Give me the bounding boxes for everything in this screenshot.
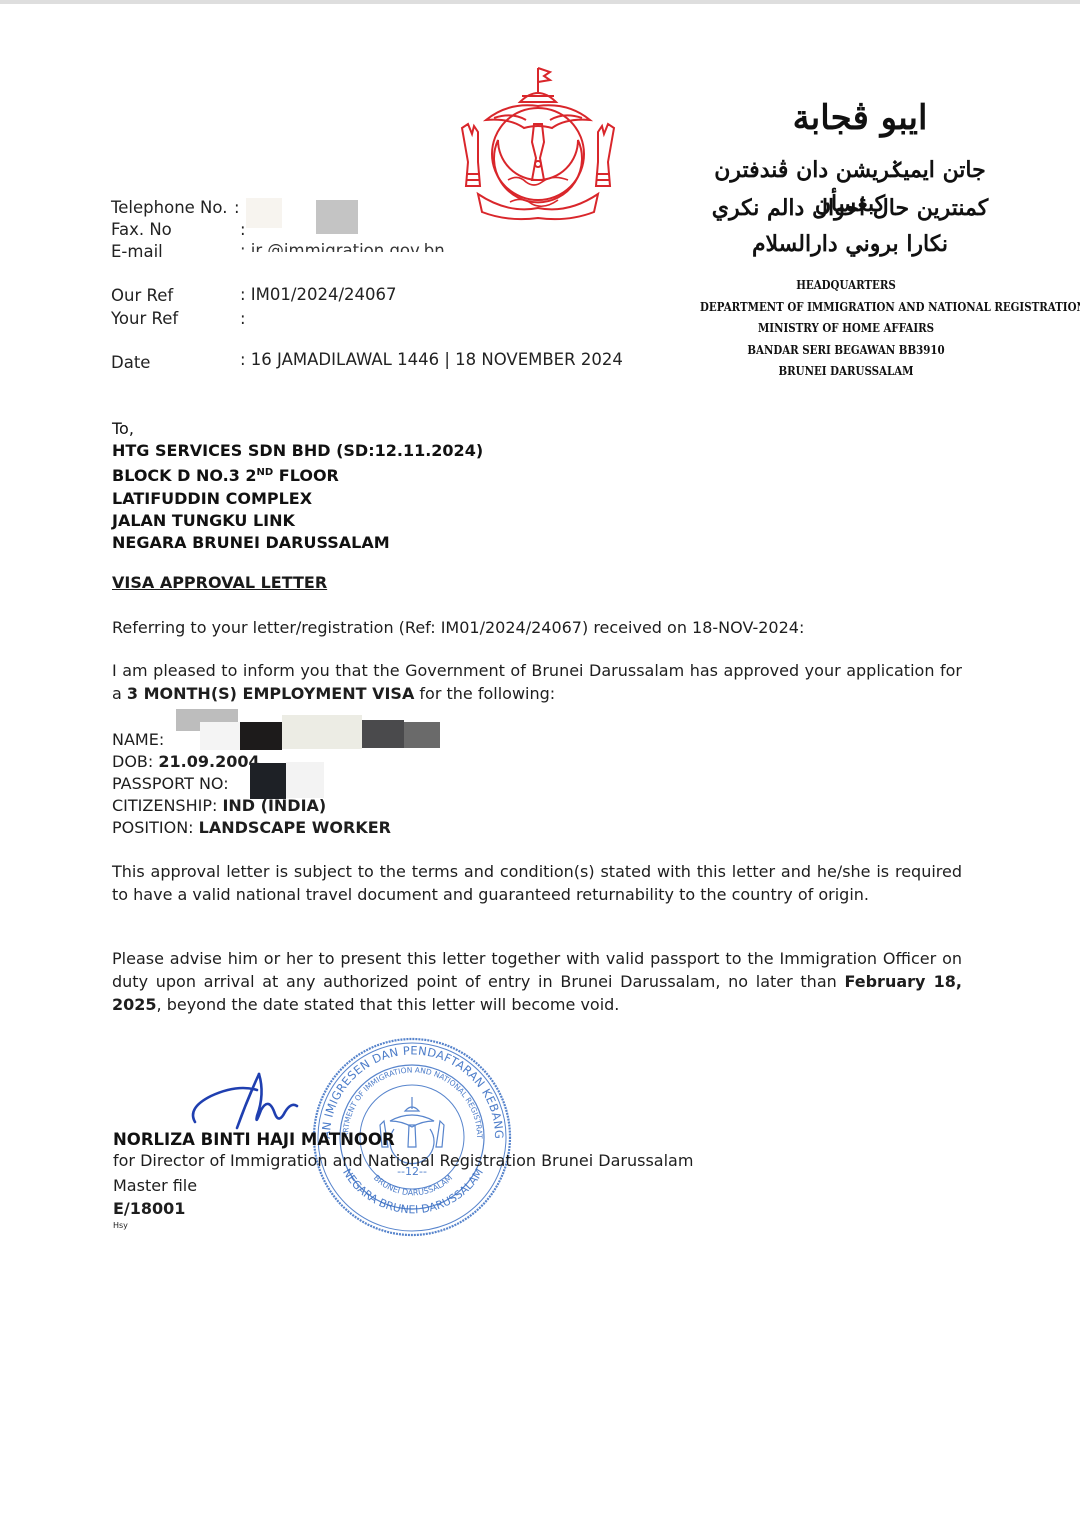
terms-paragraph: This approval letter is subject to the t… <box>112 860 962 906</box>
letter-title: VISA APPROVAL LETTER <box>112 573 327 592</box>
email-value: : ir @immigration.gov.bn <box>240 240 445 252</box>
advise-paragraph: Please advise him or her to present this… <box>112 947 962 1016</box>
signature-icon <box>185 1070 315 1130</box>
salutation: To, <box>112 418 483 440</box>
header-line: DEPARTMENT OF IMMIGRATION AND NATIONAL R… <box>700 296 992 318</box>
redaction-block <box>282 715 362 749</box>
redaction-block <box>200 722 240 750</box>
date-label: Date <box>111 353 150 372</box>
header-line: MINISTRY OF HOME AFFAIRS <box>700 317 992 339</box>
signatory-title: for Director of Immigration and National… <box>113 1151 693 1170</box>
our-ref-label: Our Ref <box>111 286 173 305</box>
recipient-address-line: JALAN TUNGKU LINK <box>112 510 483 532</box>
redaction-block <box>246 198 282 228</box>
fax-value: : <box>240 220 246 239</box>
redaction-block <box>286 762 324 798</box>
typist-initials: Hsy <box>113 1221 128 1230</box>
redaction-block <box>240 722 282 750</box>
recipient-address-line: NEGARA BRUNEI DARUSSALAM <box>112 532 483 554</box>
file-reference: E/18001 <box>113 1199 185 1218</box>
position-row: POSITION: LANDSCAPE WORKER <box>112 817 391 839</box>
arabic-line-2: كمنترين حال احوال دالم نكري <box>680 191 1020 225</box>
top-edge <box>0 0 1080 4</box>
redaction-block <box>404 722 440 748</box>
signatory-name: NORLIZA BINTI HAJI MATNOOR <box>113 1130 395 1149</box>
referring-paragraph: Referring to your letter/registration (R… <box>112 616 962 639</box>
arabic-title: ايبو ڤجابة <box>700 96 1020 140</box>
redaction-block <box>362 720 404 748</box>
recipient-company: HTG SERVICES SDN BHD (SD:12.11.2024) <box>112 440 483 462</box>
email-label: E-mail <box>111 242 163 261</box>
date-value: : 16 JAMADILAWAL 1446 | 18 NOVEMBER 2024 <box>240 350 623 369</box>
arabic-line-3: نكارا بروني دارالسلام <box>680 227 1020 261</box>
department-header: HEADQUARTERS DEPARTMENT OF IMMIGRATION A… <box>700 274 992 382</box>
recipient-address-line: BLOCK D NO.3 2ND FLOOR <box>112 462 483 487</box>
header-line: HEADQUARTERS <box>700 274 992 296</box>
redaction-block <box>250 763 286 799</box>
our-ref-value: : IM01/2024/24067 <box>240 285 397 304</box>
fax-label: Fax. No <box>111 220 172 239</box>
recipient-address-line: LATIFUDDIN COMPLEX <box>112 488 483 510</box>
header-line: BANDAR SERI BEGAWAN BB3910 <box>700 339 992 361</box>
redaction-block <box>316 200 358 234</box>
telephone-value: : <box>234 198 240 217</box>
header-line: BRUNEI DARUSSALAM <box>700 360 992 382</box>
telephone-label: Telephone No. <box>111 198 227 217</box>
brunei-crest-icon <box>448 62 628 222</box>
cc-master-file: Master file <box>113 1176 197 1195</box>
recipient-address: To, HTG SERVICES SDN BHD (SD:12.11.2024)… <box>112 418 483 554</box>
approval-paragraph: I am pleased to inform you that the Gove… <box>112 659 962 705</box>
your-ref-label: Your Ref <box>111 309 178 328</box>
your-ref-value: : <box>240 309 246 328</box>
